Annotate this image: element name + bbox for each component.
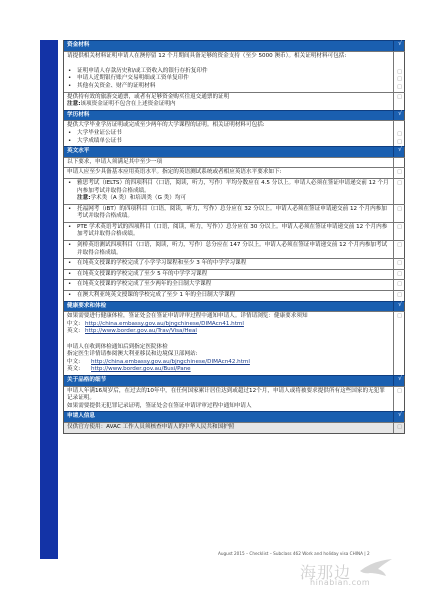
section-header-character: 关于品格的细节 √ [64,375,405,386]
funds-ticket-row: 提供持有效的旅游交通票，或者有足够资金购买往返交通票的证明 注意:该项资金证明不… [64,92,405,110]
en-label: 英文: [67,328,85,336]
section-title: 资金材料 [64,41,394,51]
section-title: 学历材料 [64,111,394,121]
note-text: 该项资金证明不包含在上述资金证明内 [80,101,175,107]
requirement-text: 以下要求，申请人须满足其中至少一项 [64,158,394,168]
cn-link-panel[interactable]: http://china.embassy.gov.au/bjngchinese/… [91,359,250,365]
list-item: 雅思考试（IELTS）的四项科目（口语，阅读，听力，写作）平均分数应在 4.5 … [67,180,390,195]
checkbox[interactable]: □ [397,260,402,266]
checkbox[interactable]: □ [397,180,402,186]
checkbox[interactable]: □ [397,206,402,212]
note-label: 注意: [67,101,80,107]
checkbox[interactable]: □ [397,94,402,100]
section-title: 英文水平 [64,147,394,157]
page-footer: August 2015 – Checklist – Subclass 462 W… [218,551,370,556]
check-mark-icon: √ [398,147,402,153]
check-mark-icon: √ [398,41,402,47]
english-item-toefl: 托福网考（iBT）的四项科目（口语，阅读，听力，写作）总分应在 32 分以上。申… [64,204,405,222]
section-header-applicant: 申请人信息 √ [64,411,405,422]
list-item: 在纯英文授课的学校完成了至少两年的全日制大学课程 [67,281,390,289]
checkbox[interactable]: □ [397,281,402,287]
list-item: 在纯英文授课的学校完成了小学学习课程和至少 3 年的中学学习课程 [67,260,390,268]
character-row: 申请人年满16周岁后，在过去的10年中，在任何国家累计居住达到或超过12个月，申… [64,386,405,412]
checkbox[interactable]: □ [394,139,404,147]
check-mark-icon: √ [398,376,402,382]
checkbox[interactable]: □ [397,388,402,394]
english-item-cambridge: 剑桥英语测试四项科目（口语，阅读，听力，写作）总分应在 147 分以上。申请人必… [64,240,405,258]
official-text: 仅供官方使用：AVAC 工作人员须核查申请人的中华人民共和国护照 [64,423,394,433]
health-line-3: 指定医生详情请参阅澳大利亚移民和边境保卫部网站: [67,351,390,359]
english-item-school-4: 在澳大利亚纯英文授课的学校完成了至少 1 年的全日制大学课程 □ [64,290,405,301]
list-item: 在澳大利亚纯英文授课的学校完成了至少 1 年的全日制大学课程 [67,292,390,300]
check-mark-icon: √ [398,412,402,418]
checkbox[interactable]: □ [397,169,402,175]
checklist-table: 资金材料 √ 请提供相关材料证明申请人在澳停留 12 个月期间具备足够的资金支持… [63,40,405,434]
list-item: 托福网考（iBT）的四项科目（口语，阅读，听力，写作）总分应在 32 分以上。申… [67,206,390,221]
basic-text: 申请人应至少具备基本应用英语水平。指定的英语测试系统或者相应英语水平要求如下: [64,168,394,178]
list-item: 其他有关资金、财产的证明材料 [67,83,390,91]
en-link-panel[interactable]: http://www.border.gov.au/Busi/Pane [91,366,191,372]
official-use-row: 仅供官方使用：AVAC 工作人员须核查申请人的中华人民共和国护照 □ [64,422,405,433]
note-text: 学术类（A 类）和培训类（G 类）均可 [90,195,186,201]
note-label: 注意: [77,195,90,201]
section-title: 健康要求和体检 [64,302,394,312]
checkbox[interactable]: □ [397,313,402,319]
section-header-funds: 资金材料 √ [64,40,405,51]
character-line-1: 申请人年满16周岁后，在过去的10年中，在任何国家累计居住达到或超过12个月，申… [67,388,390,403]
checkbox[interactable]: □ [397,271,402,277]
funds-evidence-row: 请提供相关材料证明申请人在澳停留 12 个月期间具备足够的资金支持（至少 500… [64,51,405,92]
english-requirement-row: 以下要求，申请人须满足其中至少一项 [64,157,405,168]
checkbox[interactable]: □ [397,424,402,430]
list-item: PTE 学术英语考试的四项科目（口语，阅读，听力，写作））总分应在 30 分以上… [67,224,390,239]
section-header-health: 健康要求和体检 √ [64,301,405,312]
funds-intro: 请提供相关材料证明申请人在澳停留 12 个月期间具备足够的资金支持（至少 500… [67,53,390,61]
section-header-education: 学历材料 √ [64,110,405,121]
watermark-bird-icon [358,557,394,577]
english-item-ielts: 雅思考试（IELTS）的四项科目（口语，阅读，听力，写作）平均分数应在 4.5 … [64,178,405,204]
english-item-school-3: 在纯英文授课的学校完成了至少两年的全日制大学课程 □ [64,279,405,290]
en-link-health[interactable]: http://www.border.gov.au/Trav/Visa/Heal [85,328,197,334]
checkbox[interactable]: □ [394,69,404,77]
section-header-english: 英文水平 √ [64,146,405,157]
health-row: 如果需要进行健康体检，签证处会在签证申请评审过程中通知申请人。详情请浏览：健康要… [64,311,405,375]
list-item: 剑桥英语测试四项科目（口语，阅读，听力，写作）总分应在 147 分以上。申请人必… [67,242,390,257]
section-title: 关于品格的细节 [64,376,394,386]
cn-link-health[interactable]: http://china.embassy.gov.au/bjngchinese/… [85,321,244,327]
watermark-en: hinabian.com [310,578,370,587]
en-label: 英文: [67,366,91,374]
checkbox[interactable]: □ [394,84,404,92]
education-row: 提供大学毕业学历证明或完成至少两年的大学课程的证明。相关证明材料可包括: 大学毕… [64,120,405,146]
section-title: 申请人信息 [64,412,394,422]
checkbox[interactable]: □ [394,131,404,139]
list-item: 在纯英文授课的学校完成了至少 5 年的中学学习课程 [67,271,390,279]
list-item: 大学成绩单公证书 [67,138,390,146]
checkbox[interactable]: □ [397,224,402,230]
check-mark-icon: √ [398,111,402,117]
english-item-school-1: 在纯英文授课的学校完成了小学学习课程和至少 3 年的中学学习课程 □ [64,258,405,269]
education-intro: 提供大学毕业学历证明或完成至少两年的大学课程的证明。相关证明材料可包括: [67,122,390,130]
check-mark-icon: √ [398,302,402,308]
character-line-2: 如果需要提供无犯罪记录证明，签证处会在签证申请评审过程中通知申请人 [67,403,390,411]
health-line-1: 如果需要进行健康体检，签证处会在签证申请评审过程中通知申请人。详情请浏览：健康要… [67,313,390,321]
english-item-pte: PTE 学术英语考试的四项科目（口语，阅读，听力，写作））总分应在 30 分以上… [64,222,405,240]
list-item: 大学毕业证公证书 [67,130,390,138]
english-basic-row: 申请人应至少具备基本应用英语水平。指定的英语测试系统或者相应英语水平要求如下: … [64,167,405,178]
list-item: 申请人近期银行账户交易明细或工资单复印件 [67,75,390,83]
checkbox[interactable]: □ [397,242,402,248]
checkbox[interactable]: □ [394,76,404,84]
page-sidebar-bar [40,40,58,559]
english-item-school-2: 在纯英文授课的学校完成了至少 5 年的中学学习课程 □ [64,269,405,280]
checkbox[interactable]: □ [397,292,402,298]
